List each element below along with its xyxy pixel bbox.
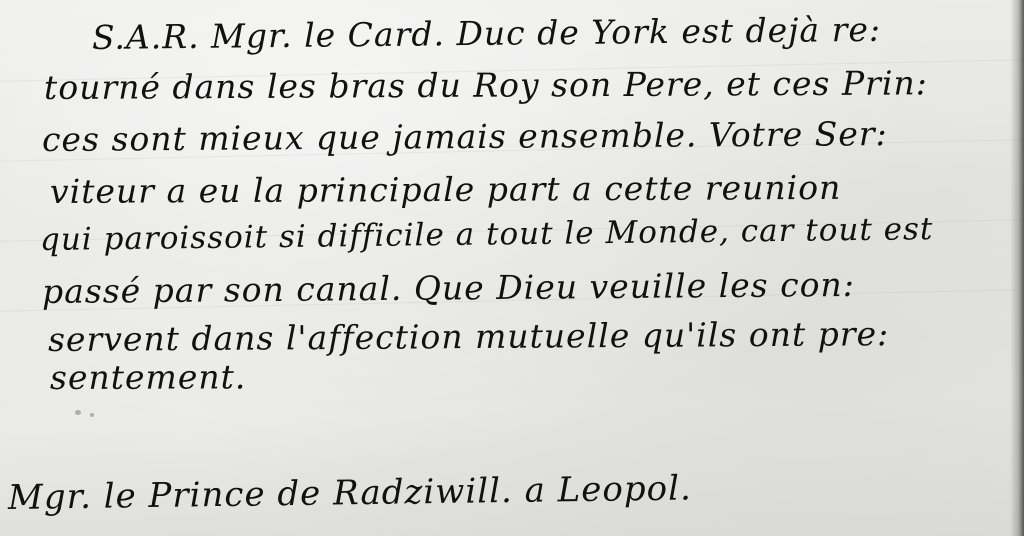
manuscript-line-4: viteur a eu la principale part a cette r… (50, 168, 842, 211)
manuscript-line-1: S.A.R. Mgr. le Card. Duc de York est dej… (92, 10, 881, 57)
page-edge-shadow (1010, 0, 1024, 536)
manuscript-line-6: passé par son canal. Que Dieu veuille le… (42, 265, 855, 311)
manuscript-line-3: ces sont mieux que jamais ensemble. Votr… (42, 114, 888, 159)
manuscript-line-7: servent dans l'affection mutuelle qu'ils… (48, 314, 889, 359)
manuscript-page: S.A.R. Mgr. le Card. Duc de York est dej… (0, 0, 1024, 536)
manuscript-line-2: tourné dans les bras du Roy son Pere, et… (44, 63, 928, 107)
ink-speck (75, 410, 81, 415)
manuscript-line-8: sentement. (50, 357, 246, 397)
ink-speck (90, 413, 94, 417)
address-line: Mgr. le Prince de Radziwill. a Leopol. (8, 468, 692, 518)
manuscript-line-5: qui paroissoit si difficile a tout le Mo… (40, 211, 934, 258)
